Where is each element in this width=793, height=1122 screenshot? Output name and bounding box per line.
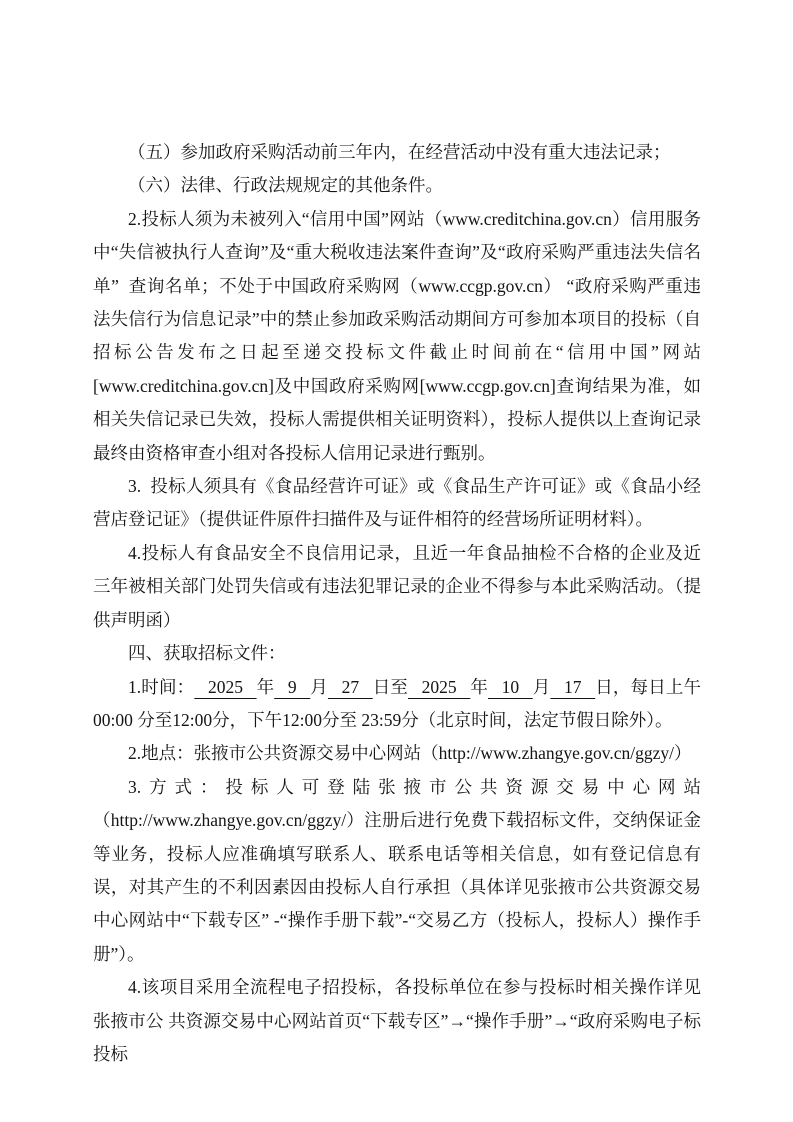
fill-in-blank-value: 2025	[408, 677, 470, 697]
text-segment: 四、获取招标文件：	[128, 643, 286, 663]
fill-in-blank-value: 9	[274, 677, 310, 697]
paragraph-obtain-time: 1.时间： 2025 年 9 月 27 日至 2025 年 10 月 17 日，…	[93, 671, 701, 738]
paragraph-item-3-food-license: 3. 投标人须具有《食品经营许可证》或《食品生产许可证》或《食品小经营店登记证》…	[93, 470, 701, 537]
fill-in-blank-value: 10	[488, 677, 533, 697]
text-segment: 3. 投标人须具有《食品经营许可证》或《食品生产许可证》或《食品小经营店登记证》…	[93, 476, 701, 529]
document-body: （五）参加政府采购活动前三年内，在经营活动中没有重大违法记录；（六）法律、行政法…	[93, 136, 701, 1071]
paragraph-item-4-e-bidding: 4.该项目采用全流程电子招投标，各投标单位在参与投标时相关操作详见张掖市公 共资…	[93, 971, 701, 1071]
text-segment: 日至	[373, 677, 408, 697]
text-segment: 4.投标人有食品安全不良信用记录，且近一年食品抽检不合格的企业及近三年被相关部门…	[93, 543, 701, 630]
paragraph-obtain-place: 2.地点：张掖市公共资源交易中心网站（http://www.zhangye.go…	[93, 737, 701, 770]
document-page: （五）参加政府采购活动前三年内，在经营活动中没有重大违法记录；（六）法律、行政法…	[0, 0, 793, 1122]
text-segment: 2.地点：张掖市公共资源交易中心网站（http://www.zhangye.go…	[128, 743, 692, 763]
text-segment: 4.该项目采用全流程电子招投标，各投标单位在参与投标时相关操作详见张掖市公 共资…	[93, 977, 701, 1064]
fill-in-blank-value: 27	[328, 677, 373, 697]
text-segment: 年	[257, 677, 275, 697]
paragraph-obtain-method: 3.方式：投标人可登陆张掖市公共资源交易中心网站（http://www.zhan…	[93, 771, 701, 971]
text-segment: 1.时间：	[128, 677, 194, 697]
text-segment: 月	[533, 677, 551, 697]
paragraph-clause-5: （五）参加政府采购活动前三年内，在经营活动中没有重大违法记录；	[93, 136, 701, 169]
paragraph-clause-6: （六）法律、行政法规规定的其他条件。	[93, 169, 701, 202]
fill-in-blank-value: 2025	[194, 677, 256, 697]
paragraph-item-2-credit-record: 2.投标人须为未被列入“信用中国”网站（www.creditchina.gov.…	[93, 203, 701, 470]
text-segment: （五）参加政府采购活动前三年内，在经营活动中没有重大违法记录；	[128, 142, 671, 162]
text-segment: 年	[470, 677, 488, 697]
text-segment: （六）法律、行政法规规定的其他条件。	[128, 175, 443, 195]
paragraph-section-4-heading: 四、获取招标文件：	[93, 637, 701, 670]
paragraph-item-4-food-safety: 4.投标人有食品安全不良信用记录，且近一年食品抽检不合格的企业及近三年被相关部门…	[93, 537, 701, 637]
text-segment: 2.投标人须为未被列入“信用中国”网站（www.creditchina.gov.…	[93, 209, 701, 463]
text-segment: 3.方式：投标人可登陆张掖市公共资源交易中心网站（http://www.zhan…	[93, 777, 701, 964]
text-segment: 月	[310, 677, 328, 697]
fill-in-blank-value: 17	[550, 677, 595, 697]
